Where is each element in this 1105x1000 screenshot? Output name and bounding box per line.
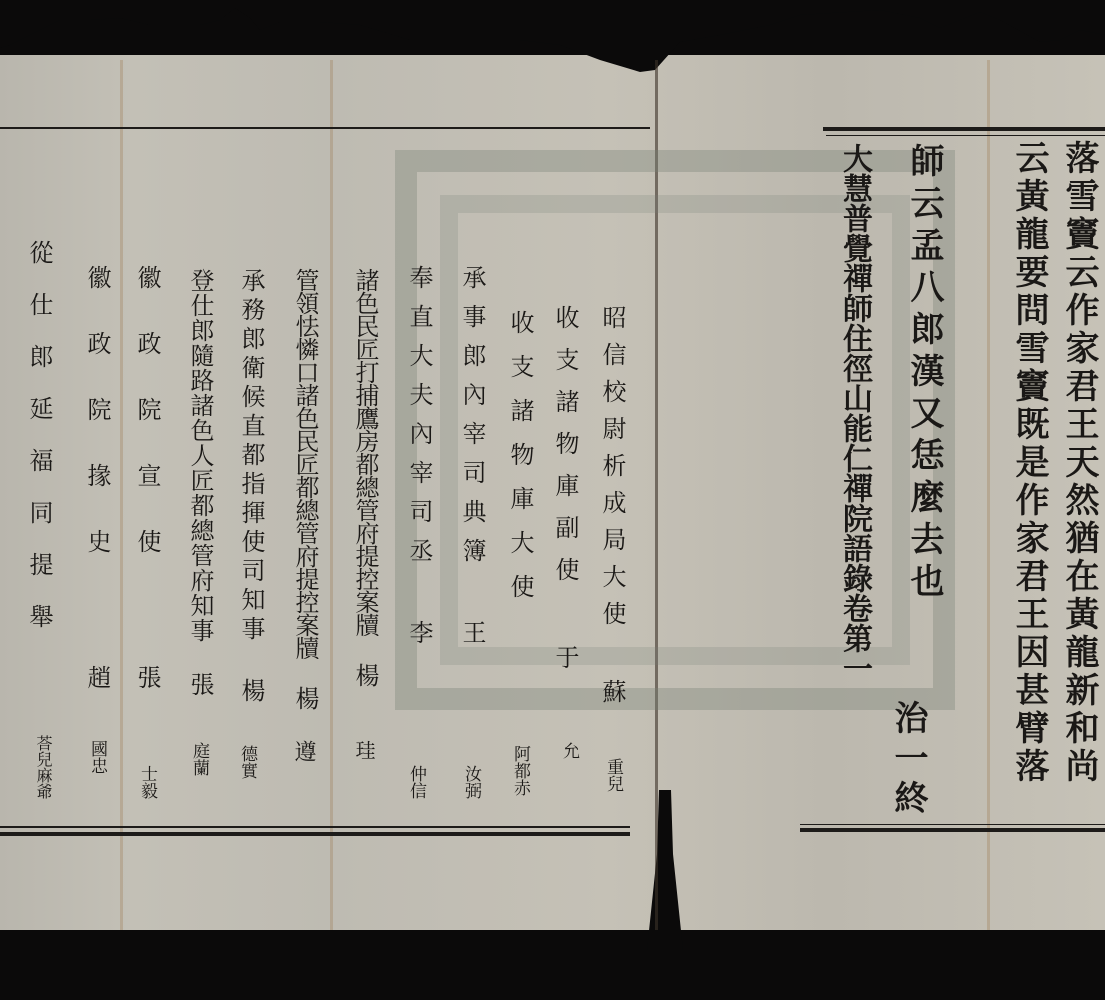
bottom-border-rule-thick [0,832,630,836]
colophon-note-4: 汝弼 [462,765,480,799]
top-border-rule-thick [823,127,1105,131]
colophon-line-11: 徽政院掾史 趙 [80,265,115,731]
colophon-note-6: 珪 [355,740,373,760]
bottom-border-rule [0,826,630,828]
colophon-note-7: 遵 [294,740,312,762]
colophon-note-8: 德實 [238,745,256,779]
end-marker-column: 治一終 [884,700,933,820]
colophon-line-5: 奉直大夫內宰司丞 李 [402,265,437,659]
colophon-note-9: 庭蘭 [190,742,208,776]
top-border-rule [826,135,1105,136]
colophon-note-11: 國忠 [88,740,106,774]
fold-line [987,60,990,930]
colophon-line-9: 登仕郎隨路諸色人匠都總管府知事 張 [183,268,218,697]
colophon-note-2: 允 [560,742,578,759]
fold-line [120,60,123,930]
colophon-line-7: 管領怯憐口諸色民匠都總管府提控案牘 楊 [288,268,323,709]
colophon-note-12: 荅兒麻爺 [34,735,52,799]
colophon-line-1: 昭信校尉析成局大使 蘇 [595,305,630,716]
bottom-border-rule-thick [800,828,1105,832]
fold-line [330,60,333,930]
text-column-3: 師云孟八郎漢又恁麼去也 [900,143,949,605]
colophon-note-3: 阿都赤 [511,745,529,796]
torn-top-edge [0,0,1105,100]
colophon-note-5: 仲信 [407,765,425,799]
top-border-rule [0,127,650,129]
colophon-line-2: 收支諸物庫副使 于 [548,305,583,687]
colophon-line-8: 承務郎衛候直都指揮使司知事 楊 [234,268,269,707]
text-column-1: 落雪竇云作家君王天然猶在黃龍新和尚 [1055,140,1104,786]
colophon-line-4: 承事郎內宰司典簿 王 [455,265,490,659]
colophon-line-12: 從仕郎延福同提舉 [22,240,57,656]
bottom-border-rule [800,824,1105,825]
colophon-line-10: 徽政院宣使 張 [130,265,165,731]
colophon-note-1: 重兒 [604,758,622,792]
colophon-note-10: 士毅 [138,765,156,799]
colophon-line-6: 諸色民匠打捕鷹房都總管府提控案牘 楊 [348,268,383,686]
colophon-line-3: 收支諸物庫大使 [503,310,538,618]
volume-title-column: 大慧普覺禪師住徑山能仁禪院語錄卷第一 [832,143,876,683]
text-column-2: 云黃龍要問雪竇既是作家君王因甚臂落 [1005,140,1054,786]
